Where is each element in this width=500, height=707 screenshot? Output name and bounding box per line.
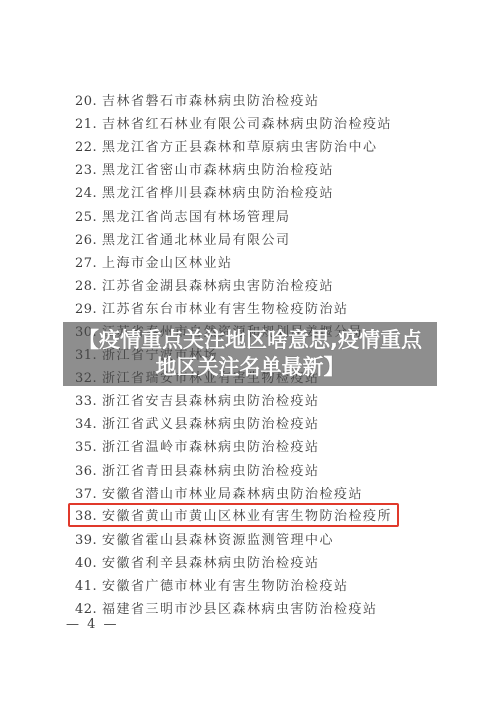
list-item: 42.福建省三明市沙县区森林病虫害防治检疫站 [75, 596, 500, 619]
list-item: 39.安徽省霍山县森林资源监测管理中心 [75, 527, 500, 550]
list-item: 28.江苏省金湖县森林病虫害防治检疫站 [75, 273, 500, 296]
list-item-text: 安徽省潜山市林业局森林病虫防治检疫站 [102, 483, 363, 502]
list-item-content: 27.上海市金山区林业站 [75, 252, 233, 271]
list-item: 29.江苏省东台市林业有害生物检疫防治站 [75, 296, 500, 319]
list-item-number: 42. [75, 602, 102, 617]
list-item-number: 29. [75, 302, 102, 317]
list-item-text: 江苏省东台市林业有害生物检疫防治站 [102, 298, 349, 317]
list-item-text: 黑龙江省尚志国有林场管理局 [102, 206, 291, 225]
highlight-box: 38.安徽省黄山市黄山区林业有害生物防治检疫所 [68, 503, 399, 527]
list-item-text: 浙江省武义县森林病虫防治检疫站 [102, 413, 320, 432]
list-item-content: 41.安徽省广德市林业有害生物防治检疫站 [75, 575, 349, 594]
list-item-content: 42.福建省三明市沙县区森林病虫害防治检疫站 [75, 598, 378, 617]
list-item-text: 安徽省黄山市黄山区林业有害生物防治检疫所 [102, 505, 392, 524]
list-item-number: 23. [75, 163, 102, 178]
list-item: 20.吉林省磐石市森林病虫防治检疫站 [75, 88, 500, 111]
list-item-number: 40. [75, 556, 102, 571]
list-item: 23.黑龙江省密山市森林病虫防治检疫站 [75, 157, 500, 180]
list-item: 24.黑龙江省桦川县森林病虫防治检疫站 [75, 180, 500, 203]
list-item-number: 35. [75, 440, 102, 455]
list-item-number: 27. [75, 256, 102, 271]
list-item-text: 浙江省青田县森林病虫防治检疫站 [102, 460, 320, 479]
list-item: 33.浙江省安吉县森林病虫防治检疫站 [75, 388, 500, 411]
list-item: 27.上海市金山区林业站 [75, 250, 500, 273]
list-item-content: 26.黑龙江省通北林业局有限公司 [75, 229, 291, 248]
list-item-content: 37.安徽省潜山市林业局森林病虫防治检疫站 [75, 483, 363, 502]
list-item: 37.安徽省潜山市林业局森林病虫防治检疫站 [75, 481, 500, 504]
list-item-text: 浙江省安吉县森林病虫防治检疫站 [102, 390, 320, 409]
list-item-text: 安徽省利辛县森林病虫防治检疫站 [102, 552, 320, 571]
list-item-content: 23.黑龙江省密山市森林病虫防治检疫站 [75, 159, 334, 178]
list-item-content: 33.浙江省安吉县森林病虫防治检疫站 [75, 390, 320, 409]
list-item-number: 41. [75, 579, 102, 594]
list-item: 38.安徽省黄山市黄山区林业有害生物防治检疫所 [75, 504, 500, 527]
caption-overlay-line2: 地区关注名单最新】 [63, 354, 437, 381]
list-item-number: 22. [75, 140, 102, 155]
list-item: 34.浙江省武义县森林病虫防治检疫站 [75, 411, 500, 434]
caption-overlay: 【疫情重点关注地区啥意思,疫情重点 地区关注名单最新】 [63, 322, 437, 386]
list-item-number: 20. [75, 94, 102, 109]
list-item: 21.吉林省红石林业有限公司森林病虫防治检疫站 [75, 111, 500, 134]
list-item: 40.安徽省利辛县森林病虫防治检疫站 [75, 550, 500, 573]
list-item-number: 25. [75, 210, 102, 225]
list-item-text: 安徽省霍山县森林资源监测管理中心 [102, 529, 334, 548]
list-item-number: 26. [75, 233, 102, 248]
list-item-number: 24. [75, 186, 102, 201]
list-item-number: 37. [75, 487, 102, 502]
list-item-content: 36.浙江省青田县森林病虫防治检疫站 [75, 460, 320, 479]
list-item: 41.安徽省广德市林业有害生物防治检疫站 [75, 573, 500, 596]
list-item-number: 28. [75, 279, 102, 294]
list-item-text: 江苏省金湖县森林病虫害防治检疫站 [102, 275, 334, 294]
list-item-text: 福建省三明市沙县区森林病虫害防治检疫站 [102, 598, 378, 617]
list-item: 36.浙江省青田县森林病虫防治检疫站 [75, 458, 500, 481]
list-item-text: 浙江省温岭市森林病虫防治检疫站 [102, 436, 320, 455]
list-item-text: 吉林省磐石市森林病虫防治检疫站 [102, 90, 320, 109]
list-item-text: 黑龙江省方正县森林和草原病虫害防治中心 [102, 136, 378, 155]
list-item-content: 22.黑龙江省方正县森林和草原病虫害防治中心 [75, 136, 378, 155]
list-item-content: 25.黑龙江省尚志国有林场管理局 [75, 206, 291, 225]
list-item-number: 33. [75, 394, 102, 409]
list-item-number: 21. [75, 117, 102, 132]
list-item: 22.黑龙江省方正县森林和草原病虫害防治中心 [75, 134, 500, 157]
page-number: — 4 — [66, 617, 119, 632]
document-page: 20.吉林省磐石市森林病虫防治检疫站21.吉林省红石林业有限公司森林病虫防治检疫… [0, 0, 500, 707]
list-item-content: 39.安徽省霍山县森林资源监测管理中心 [75, 529, 334, 548]
list-item-text: 上海市金山区林业站 [102, 252, 233, 271]
list-item-text: 黑龙江省桦川县森林病虫防治检疫站 [102, 182, 334, 201]
list-item-number: 38. [75, 509, 102, 524]
list-item: 35.浙江省温岭市森林病虫防治检疫站 [75, 434, 500, 457]
list-item-content: 40.安徽省利辛县森林病虫防治检疫站 [75, 552, 320, 571]
list-item-content: 34.浙江省武义县森林病虫防治检疫站 [75, 413, 320, 432]
list-item-content: 21.吉林省红石林业有限公司森林病虫防治检疫站 [75, 113, 392, 132]
list-item-content: 24.黑龙江省桦川县森林病虫防治检疫站 [75, 182, 334, 201]
list-item-text: 黑龙江省通北林业局有限公司 [102, 229, 291, 248]
list-item-content: 20.吉林省磐石市森林病虫防治检疫站 [75, 90, 320, 109]
list-item-number: 36. [75, 464, 102, 479]
list-item-text: 吉林省红石林业有限公司森林病虫防治检疫站 [102, 113, 392, 132]
list-item-content: 35.浙江省温岭市森林病虫防治检疫站 [75, 436, 320, 455]
list-item-content: 29.江苏省东台市林业有害生物检疫防治站 [75, 298, 349, 317]
list-item: 25.黑龙江省尚志国有林场管理局 [75, 203, 500, 226]
list-item-text: 黑龙江省密山市森林病虫防治检疫站 [102, 159, 334, 178]
list-item-number: 39. [75, 533, 102, 548]
list-item: 26.黑龙江省通北林业局有限公司 [75, 227, 500, 250]
list-item-text: 安徽省广德市林业有害生物防治检疫站 [102, 575, 349, 594]
caption-overlay-line1: 【疫情重点关注地区啥意思,疫情重点 [63, 327, 437, 354]
list-item-number: 34. [75, 417, 102, 432]
list-item-content: 28.江苏省金湖县森林病虫害防治检疫站 [75, 275, 334, 294]
